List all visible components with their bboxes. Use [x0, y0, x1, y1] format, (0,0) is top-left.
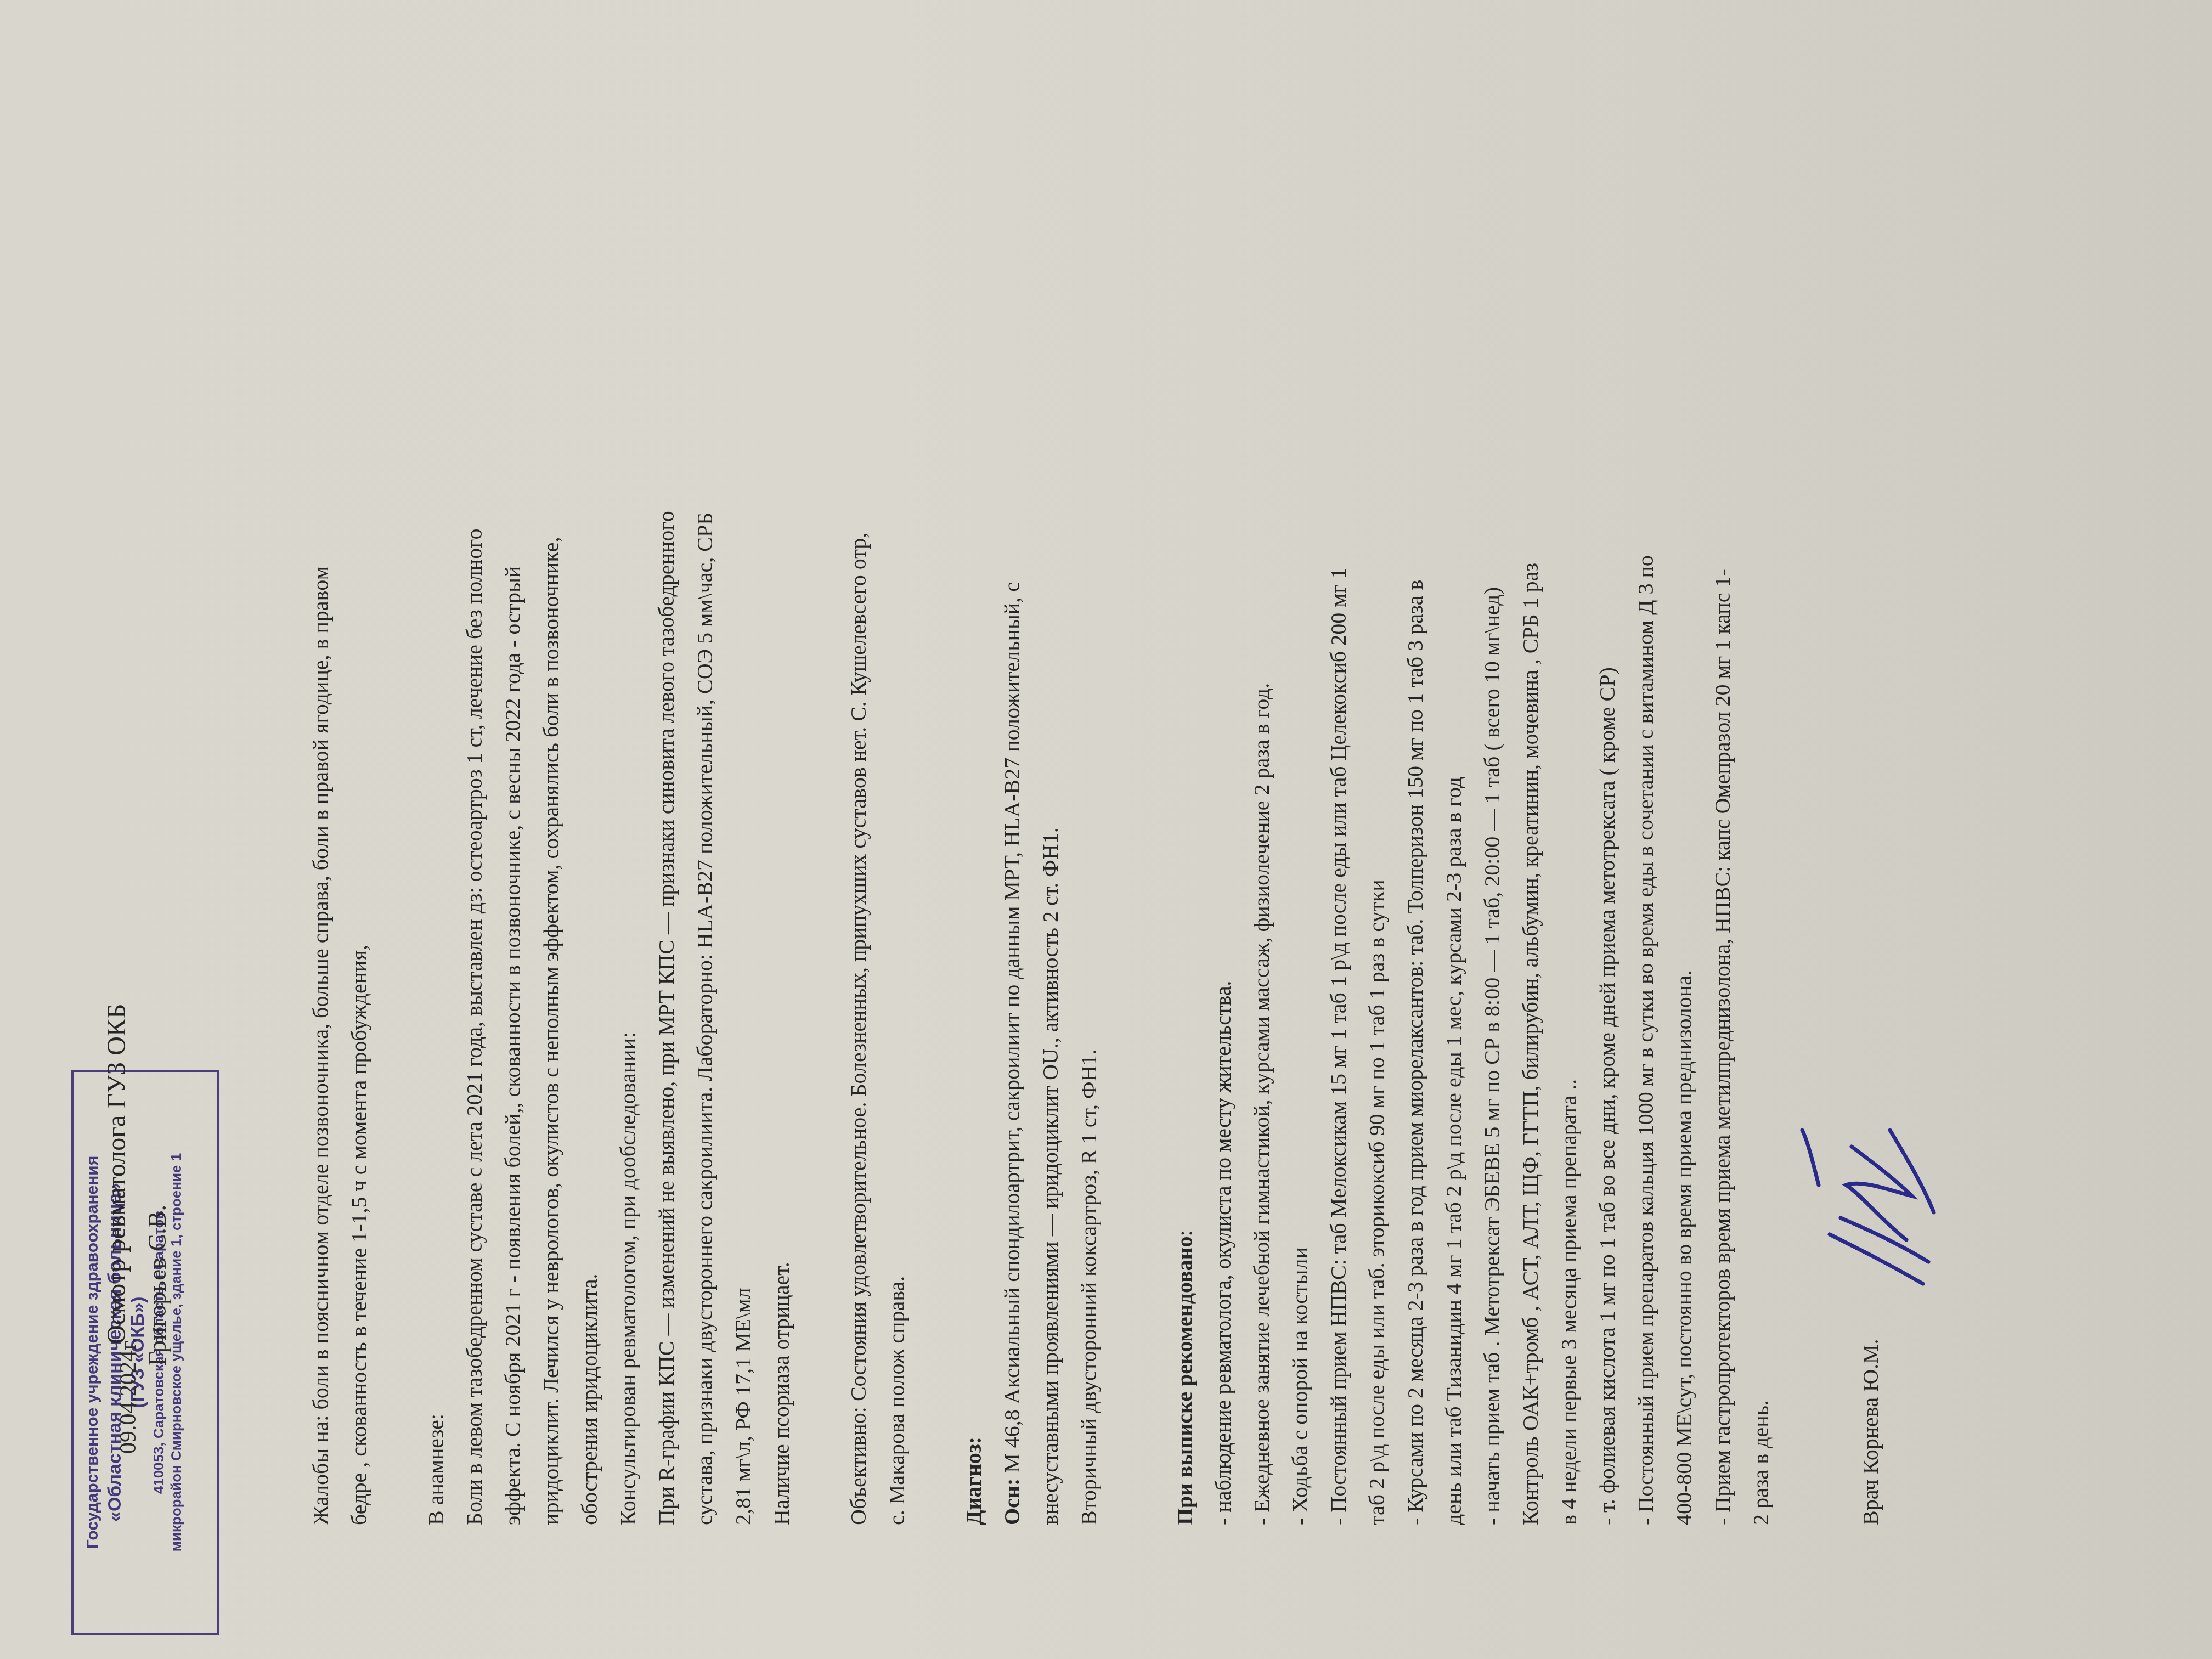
patient-name: Григорьев С.В.	[143, 1205, 172, 1366]
objective-line: Объективно: Состояния удовлетворительное…	[839, 55, 878, 1525]
diagnosis-main-line: Осн: М 46,8 Аксиальный спондилоартрит, с…	[993, 55, 1031, 1525]
anamnesis-line: иридоциклит. Лечился у неврологов, окули…	[532, 55, 571, 1525]
handwritten-signature-icon	[1797, 1119, 1939, 1295]
recommendation-line: - Ежедневное занятие лечебной гимнастико…	[1243, 55, 1281, 1525]
anamnesis-line: обострения иридоциклита.	[571, 55, 609, 1525]
diagnosis-text: М 46,8 Аксиальный спондилоартрит, сакрои…	[1000, 582, 1024, 1479]
recommendation-line: - Прием гастропротекторов время приема м…	[1703, 55, 1742, 1525]
complaints-line: бедре , скованность в течение 1-1,5 ч с …	[340, 55, 379, 1525]
diagnosis-line: внесуставными проявлениями — иридоциклит…	[1031, 55, 1070, 1525]
recommendation-line: - Постоянный прием препаратов кальция 10…	[1627, 55, 1665, 1525]
recommendation-line: - Постоянный прием НПВС: таб Мелоксикам …	[1319, 55, 1358, 1525]
anamnesis-line: При R-графии КПС — изменений не выявлено…	[647, 55, 686, 1525]
recommendation-line: - начать прием таб . Метотрексат ЭБЕВЕ 5…	[1473, 55, 1511, 1525]
recommendation-line: - наблюдение ревматолога, окулиста по ме…	[1204, 55, 1243, 1525]
recommendation-line: - Курсами по 2 месяца 2-3 раза в год при…	[1396, 55, 1435, 1525]
anamnesis-line: сустава, признаки двустороннего сакроили…	[686, 55, 724, 1525]
diagnosis-line: Вторичный двусторонний коксартроз, R 1 с…	[1070, 55, 1108, 1525]
anamnesis-section: В анамнезе: Боли в левом тазобедренном с…	[417, 55, 801, 1525]
doctor-name: Врач Корнева Ю.М.	[1852, 1339, 1890, 1525]
anamnesis-line: эффекта. С ноября 2021 г - появления бол…	[494, 55, 532, 1525]
complaints-line: Жалобы на: боли в поясничном отделе позв…	[302, 55, 340, 1525]
recommendations-colon: :	[1172, 1230, 1197, 1236]
recommendations-heading-line: При выписке рекомендовано:	[1166, 55, 1204, 1525]
recommendation-line: - Ходьба с опорой на костыли	[1281, 55, 1319, 1525]
recommendations-heading: При выписке рекомендовано	[1172, 1236, 1197, 1525]
anamnesis-line: 2,81 мг\л, РФ 17,1 МЕ\мл	[724, 55, 763, 1525]
objective-section: Объективно: Состояния удовлетворительное…	[839, 55, 916, 1525]
anamnesis-line: Боли в левом тазобедренном суставе с лет…	[455, 55, 494, 1525]
anamnesis-line: Консультирован ревматологом, при дообсле…	[609, 55, 647, 1525]
document-title: Осмотр ревматолога ГУЗ ОКБ	[101, 1003, 132, 1344]
recommendation-line: - т. фолиевая кислота 1 мг по 1 таб во в…	[1588, 55, 1627, 1525]
anamnesis-heading: В анамнезе:	[417, 55, 455, 1525]
recommendation-line: в 4 недели первые 3 месяца приема препар…	[1550, 55, 1588, 1525]
diagnosis-heading: Диагноз:	[955, 55, 993, 1525]
signature-block: Врач Корнева Ю.М.	[1819, 55, 1917, 1525]
stamp-line-1: Государственное учреждение здравоохранен…	[82, 1072, 103, 1633]
objective-line: с. Макарова полож справа.	[878, 55, 916, 1525]
recommendations-section: При выписке рекомендовано: - наблюдение …	[1166, 55, 1780, 1525]
recommendation-line: Контроль ОАК+тромб , АСТ, АЛТ, ЩФ, ГГТП,…	[1511, 55, 1550, 1525]
exam-date: 09.04.2024г.	[115, 1338, 142, 1454]
recommendation-line: таб 2 р\д после еды или таб. эторикоксиб…	[1358, 55, 1396, 1525]
recommendation-line: день или таб Тизанидин 4 мг 1 таб 2 р\д …	[1435, 55, 1473, 1525]
complaints-section: Жалобы на: боли в поясничном отделе позв…	[302, 55, 379, 1525]
document-body: Жалобы на: боли в поясничном отделе позв…	[302, 55, 1917, 1525]
document-page: Государственное учреждение здравоохранен…	[60, 33, 2172, 1651]
diagnosis-label: Осн:	[1000, 1479, 1024, 1525]
diagnosis-section: Диагноз: Осн: М 46,8 Аксиальный спондило…	[955, 55, 1108, 1525]
recommendation-line: 400-800 МЕ\сут, постоянно во время прием…	[1665, 55, 1703, 1525]
recommendation-line: 2 раза в день.	[1742, 55, 1780, 1525]
anamnesis-line: Наличие псориаза отрицает.	[763, 55, 801, 1525]
